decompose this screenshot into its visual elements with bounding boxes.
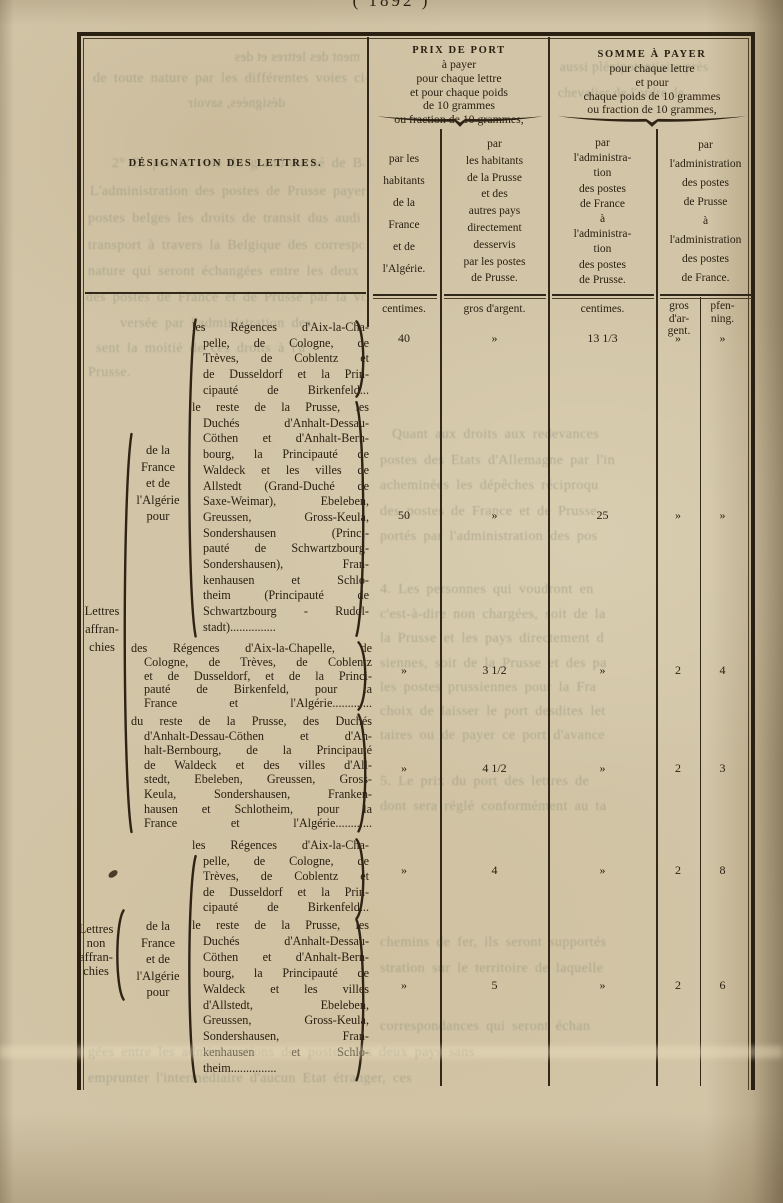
value-cell: 8 <box>700 863 745 878</box>
value-cell: 40 <box>370 331 438 346</box>
value-cell: 4 1/2 <box>442 761 547 776</box>
somme-a-payer-title: SOMME À PAYER <box>551 49 753 60</box>
value-cell: 3 1/2 <box>442 663 547 678</box>
value-cell: 4 <box>700 663 745 678</box>
page-number: ( 1892 ) <box>0 0 783 11</box>
origin-label-france-algerie: de la France et de l'Algérie pour <box>130 918 186 1001</box>
units-rule <box>660 294 752 299</box>
value-cell: 13 1/3 <box>550 331 655 346</box>
unit-centimes: centimes. <box>550 303 655 316</box>
brace-row-close <box>357 714 371 832</box>
row-designation: les Régences d'Aix-la-Cha- pelle, de Col… <box>192 320 369 399</box>
designation-header-rule <box>85 292 366 294</box>
value-cell: 5 <box>442 978 547 993</box>
value-cell: 2 <box>656 863 700 878</box>
value-cell: 50 <box>370 508 438 523</box>
row-designation: les Régences d'Aix-la-Cha- pelle, de Col… <box>192 838 369 916</box>
value-cell: » <box>442 331 547 346</box>
units-rule <box>444 294 546 299</box>
prix-de-port-title: PRIX DE PORT <box>369 45 549 56</box>
brace-row-close <box>355 839 369 919</box>
value-cell: » <box>550 978 655 993</box>
column-divider-gros-pfenning <box>700 297 701 1086</box>
column-header-admin-prusse: par l'administration des postes de Pruss… <box>658 136 753 288</box>
prix-de-port-subtitle: à payer pour chaque lettre et pour chaqu… <box>369 58 549 127</box>
units-rule <box>373 294 437 299</box>
designation-column-header: DÉSIGNATION DES LETTRES. <box>85 158 366 169</box>
value-cell: 2 <box>656 663 700 678</box>
value-cell: » <box>550 761 655 776</box>
value-cell: » <box>700 508 745 523</box>
scanned-document-page: ( 1892 ) ment des lettres et des de tout… <box>0 0 783 1203</box>
value-cell: 2 <box>656 978 700 993</box>
brace-row-close <box>355 321 369 397</box>
unit-centimes: centimes. <box>370 303 438 316</box>
column-header-admin-france: par l'administra- tion des postes de Fra… <box>550 136 655 288</box>
value-cell: » <box>370 863 438 878</box>
units-rule <box>552 294 654 299</box>
value-cell: » <box>442 508 547 523</box>
value-cell: » <box>700 331 745 346</box>
value-cell: » <box>656 331 700 346</box>
unit-gros-argent: gros d'argent. <box>442 303 547 316</box>
somme-a-payer-header: SOMME À PAYER pour chaque lettre et pour… <box>551 49 753 117</box>
brace-row-close <box>357 642 371 710</box>
row-designation: des Régences d'Aix-la-Chapelle, de Colog… <box>131 642 372 711</box>
row-designation: le reste de la Prusse, les Duchés d'Anha… <box>192 400 369 636</box>
row-designation: du reste de la Prusse, des Duchés d'Anha… <box>131 714 372 831</box>
value-cell: » <box>370 978 438 993</box>
value-cell: 2 <box>656 761 700 776</box>
paper-crease <box>0 1046 783 1058</box>
origin-label-france-algerie: de la France et de l'Algérie pour <box>130 442 186 525</box>
unit-pfenning: pfen- ning. <box>700 300 745 325</box>
somme-a-payer-subtitle: pour chaque lettre et pour chaque poids … <box>551 62 753 117</box>
brace-row-close <box>355 401 369 637</box>
value-cell: » <box>370 761 438 776</box>
column-header-habitants-france: par les habitants de la France et de l'A… <box>370 148 438 280</box>
prix-de-port-header: PRIX DE PORT à payer pour chaque lettre … <box>369 45 549 127</box>
value-cell: 25 <box>550 508 655 523</box>
column-header-habitants-prusse: par les habitants de la Prusse et des au… <box>442 136 547 287</box>
brace-non-affranchies-group <box>112 910 125 1000</box>
value-cell: » <box>550 863 655 878</box>
value-cell: » <box>656 508 700 523</box>
value-cell: » <box>550 663 655 678</box>
value-cell: 4 <box>442 863 547 878</box>
value-cell: » <box>370 663 438 678</box>
value-cell: 3 <box>700 761 745 776</box>
value-cell: 6 <box>700 978 745 993</box>
